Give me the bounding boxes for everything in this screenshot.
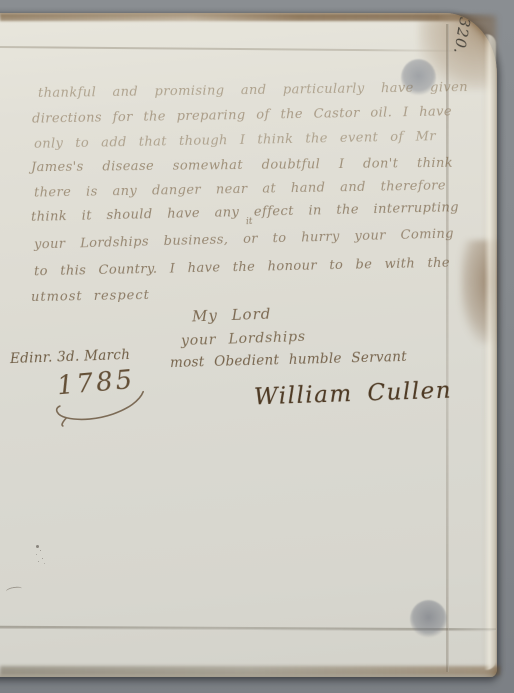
- page-edge-curl: [484, 34, 496, 670]
- ink-speckle-upper: [36, 545, 39, 548]
- body-line-9: utmost respect: [31, 288, 150, 305]
- manuscript-scan: thankful and promising and particularly …: [0, 0, 514, 693]
- closing-salutation: My Lord: [192, 305, 272, 326]
- ink-blot-bottom: [410, 600, 447, 638]
- bottom-edge-stain: [0, 666, 500, 675]
- year-flourish-icon: [47, 387, 153, 428]
- interlinear-insertion: it: [246, 217, 253, 227]
- vertical-crease: [446, 24, 449, 672]
